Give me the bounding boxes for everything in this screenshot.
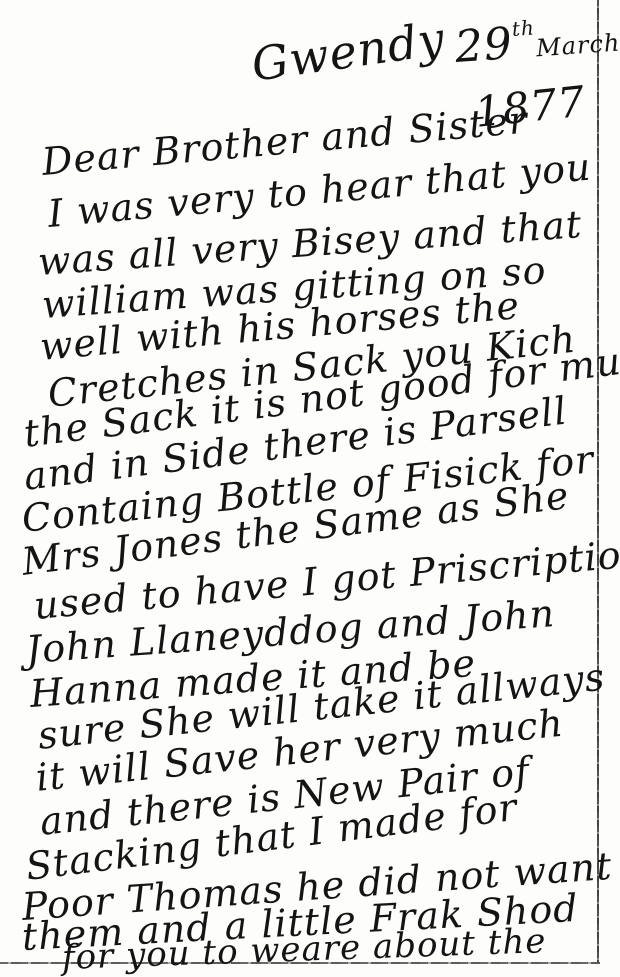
date-day-suffix: th <box>511 15 536 41</box>
paper-right-edge <box>597 0 599 962</box>
letter-date: 29thMarch <box>453 11 620 73</box>
date-day: 29 <box>453 18 514 73</box>
letter-place: Gwendy <box>248 11 448 92</box>
place-name: Gwendy <box>248 11 448 92</box>
date-month: March <box>535 28 620 62</box>
letter-page: Gwendy 29thMarch 1877 Dear Brother and S… <box>0 0 620 977</box>
